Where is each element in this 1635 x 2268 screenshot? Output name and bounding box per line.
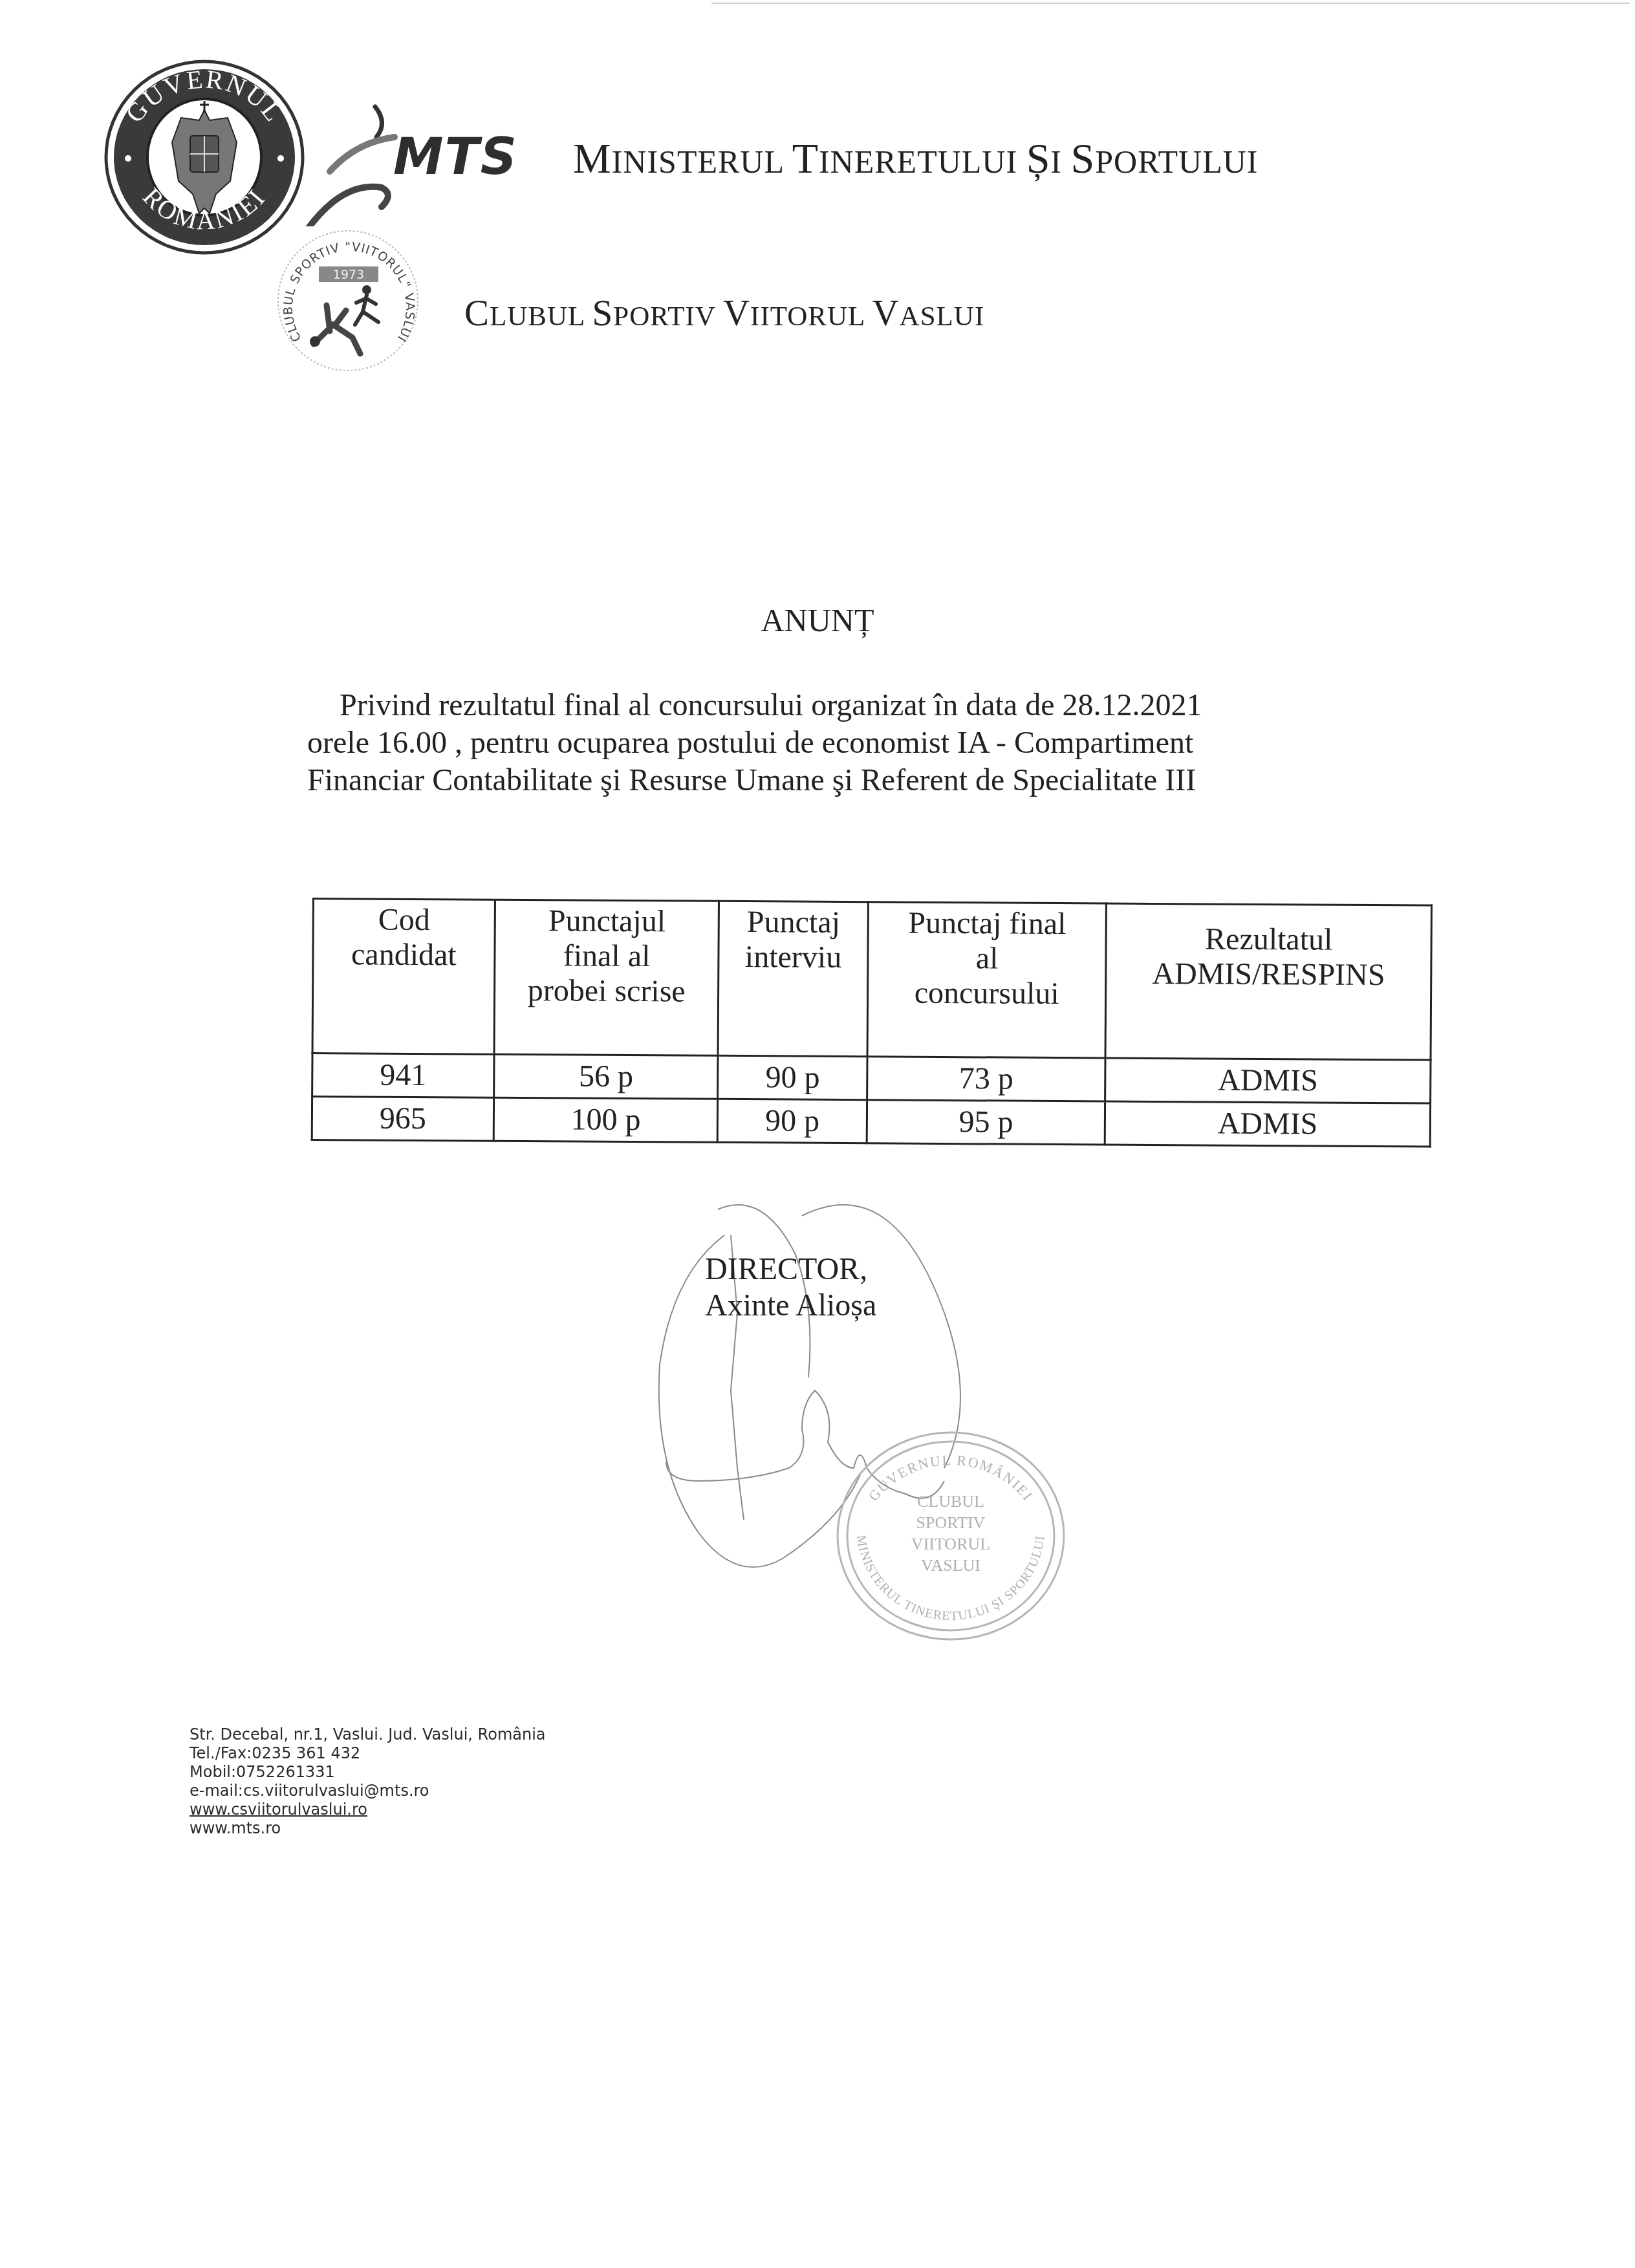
table-row: 941 56 p 90 p 73 p ADMIS — [312, 1053, 1431, 1104]
svg-text:CLUBUL: CLUBUL — [917, 1492, 984, 1511]
ministry-name-part: SPORTULUI — [1071, 144, 1259, 180]
svg-text:VIITORUL: VIITORUL — [911, 1535, 990, 1553]
announcement-line: Privind rezultatul final al concursului … — [307, 687, 1394, 724]
club-name: CLUBUL SPORTIV VIITORUL VASLUI — [464, 292, 984, 334]
footer-mobile: Mobil:0752261331 — [189, 1763, 546, 1782]
footer-phone-fax: Tel./Fax:0235 361 432 — [189, 1744, 546, 1763]
footer-email[interactable]: e-mail:cs.viitorulvaslui@mts.ro — [189, 1782, 546, 1800]
footer-website-ministry[interactable]: www.mts.ro — [189, 1819, 546, 1838]
footer-contact: Str. Decebal, nr.1, Vaslui. Jud. Vaslui,… — [189, 1725, 546, 1838]
ministry-name-part: MINISTERUL — [573, 144, 792, 180]
svg-text:1973: 1973 — [333, 268, 364, 282]
director-name: Axinte Alioșa — [705, 1288, 876, 1324]
cell-punctaj-final: 73 p — [867, 1057, 1106, 1101]
club-name-part: VIITORUL — [723, 301, 872, 332]
header-punctaj-proba-scrisa: Punctajulfinal alprobei scrise — [494, 900, 719, 1055]
table-row: 965 100 p 90 p 95 p ADMIS — [312, 1097, 1430, 1147]
cell-rezultat: ADMIS — [1105, 1058, 1431, 1103]
results-table: Codcandidat Punctajulfinal alprobei scri… — [311, 898, 1433, 1148]
announcement-title: ANUNȚ — [0, 601, 1635, 639]
mts-logo-text: MTS — [393, 128, 518, 186]
footer-website-club-link[interactable]: www.csviitorulvaslui.ro — [189, 1800, 546, 1819]
header-rezultat: RezultatulADMIS/RESPINS — [1105, 903, 1431, 1060]
cell-rezultat: ADMIS — [1105, 1101, 1431, 1147]
header-cod-candidat: Codcandidat — [312, 899, 495, 1055]
government-seal-icon: GUVERNUL ROMÂNIEI — [102, 58, 307, 256]
announcement-line: Financiar Contabilitate şi Resurse Umane… — [307, 762, 1394, 799]
header-punctaj-final: Punctaj finalalconcursului — [867, 902, 1107, 1058]
club-name-part: VASLUI — [872, 301, 984, 332]
table-header-row: Codcandidat Punctajulfinal alprobei scri… — [312, 899, 1431, 1061]
footer-address: Str. Decebal, nr.1, Vaslui. Jud. Vaslui,… — [189, 1725, 546, 1744]
announcement-line: orele 16.00 , pentru ocuparea postului d… — [307, 724, 1394, 762]
cell-punctaj-interviu: 90 p — [718, 1055, 867, 1099]
cell-cod-candidat: 941 — [312, 1053, 494, 1098]
announcement-text: Privind rezultatul final al concursului … — [307, 687, 1394, 799]
club-logo-icon: CLUBUL SPORTIV "VIITORUL" VASLUI 1973 — [275, 228, 421, 374]
svg-text:VASLUI: VASLUI — [921, 1556, 980, 1575]
cell-punctaj-final: 95 p — [867, 1100, 1105, 1145]
ministry-name-part: ȘI — [1026, 144, 1071, 180]
club-name-part: SPORTIV — [592, 301, 723, 332]
svg-text:SPORTIV: SPORTIV — [916, 1513, 986, 1532]
ministry-name-part: TINERETULUI — [792, 144, 1026, 180]
scan-edge-line — [711, 3, 1630, 4]
cell-punctaj-scris: 100 p — [493, 1097, 718, 1142]
signature-block: DIRECTOR, Axinte Alioșa — [705, 1251, 876, 1324]
official-stamp-icon: GUVERNUL ROMÂNIEI MINISTERUL TINERETULUI… — [828, 1426, 1074, 1646]
ministry-name: MINISTERUL TINERETULUI ȘI SPORTULUI — [573, 135, 1258, 184]
club-name-part: CLUBUL — [464, 301, 592, 332]
cell-punctaj-scris: 56 p — [494, 1054, 719, 1099]
header-punctaj-interviu: Punctajinterviu — [718, 901, 868, 1056]
director-title: DIRECTOR, — [705, 1251, 876, 1288]
cell-punctaj-interviu: 90 p — [718, 1099, 867, 1143]
cell-cod-candidat: 965 — [312, 1097, 493, 1141]
